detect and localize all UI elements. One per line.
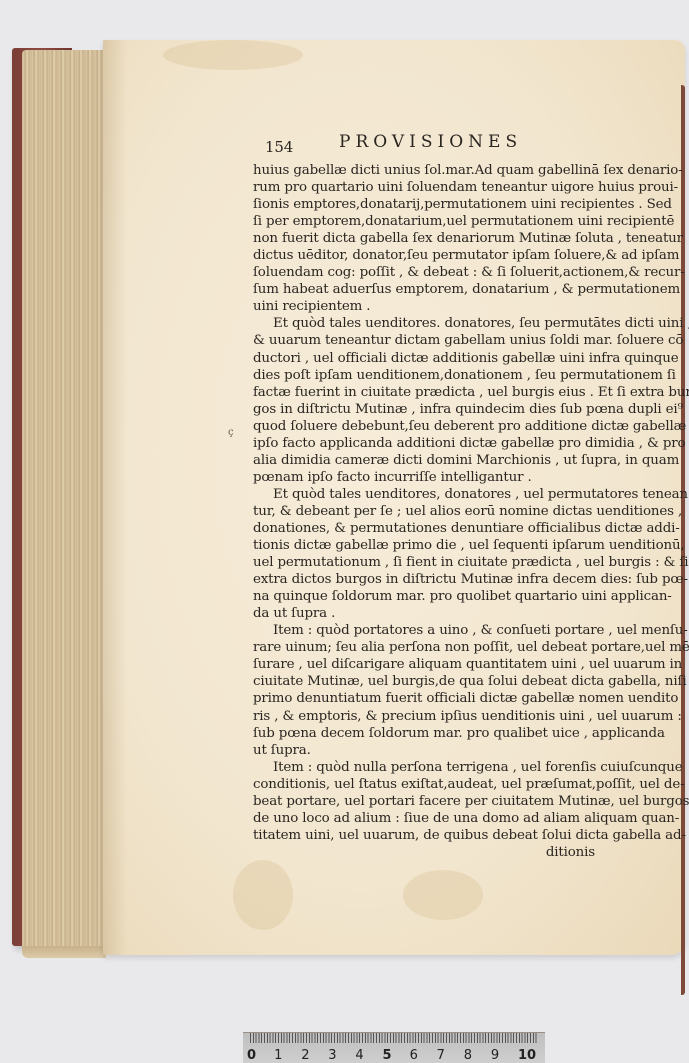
- text-line: ſionis emptores,donatarij,permutationem …: [253, 196, 665, 213]
- text-lines: huius gabellæ dicti unius ſol.mar.Ad qua…: [253, 162, 665, 861]
- text-line: ſub pœna decem ſoldorum mar. pro qualibe…: [253, 725, 665, 742]
- ruler-label: 5: [382, 1048, 409, 1063]
- paper-stain: [233, 860, 293, 930]
- margin-mark: ç: [228, 427, 234, 438]
- text-line: ciuitate Mutinæ, uel burgis,de qua ſolui…: [253, 673, 665, 690]
- text-line: Item : quòd portatores a uino , & conſue…: [253, 622, 665, 639]
- text-line: beat portare, uel portari facere per ciu…: [253, 793, 665, 810]
- text-line: extra dictos burgos in diſtrictu Mutinæ …: [253, 571, 665, 588]
- ruler-label: 8: [464, 1048, 491, 1063]
- text-line: & uuarum teneantur dictam gabellam unius…: [253, 332, 665, 349]
- text-line: rum pro quartario uini ſoluendam teneant…: [253, 179, 665, 196]
- ruler-label: 9: [491, 1048, 518, 1063]
- book-photo: ç 154 PROVISIONES huius gabellæ dicti un…: [0, 0, 689, 1063]
- text-line: ſi per emptorem,donatarium,uel permutati…: [253, 213, 665, 230]
- page-fore-edge: [22, 50, 106, 950]
- text-line: factæ fuerint in ciuitate prædicta , uel…: [253, 384, 665, 401]
- text-line: ipſo facto applicanda additioni dictæ ga…: [253, 435, 665, 452]
- text-line: conditionis, uel ſtatus exiſtat,audeat, …: [253, 776, 665, 793]
- text-line: na quinque ſoldorum mar. pro quolibet qu…: [253, 588, 665, 605]
- ruler-label: 4: [355, 1048, 382, 1063]
- text-line: primo denuntiatum fuerit officiali dictæ…: [253, 690, 665, 707]
- text-line: dictus uēditor, donator,ſeu permutator i…: [253, 247, 665, 264]
- text-line: da ut ſupra .: [253, 605, 665, 622]
- text-line: de uno loco ad alium : ſiue de una domo …: [253, 810, 665, 827]
- text-line: titatem uini, uel uuarum, de quibus debe…: [253, 827, 665, 844]
- ruler-label: 0: [247, 1048, 274, 1063]
- text-line: donationes, & permutationes denuntiare o…: [253, 520, 665, 537]
- page-text: 154 PROVISIONES huius gabellæ dicti uniu…: [253, 134, 665, 861]
- text-line: alia dimidia cameræ dicti domini Marchio…: [253, 452, 665, 469]
- text-line: tionis dictæ gabellæ primo die , uel ſeq…: [253, 537, 665, 554]
- ruler-labels: 012345678910: [247, 1048, 545, 1063]
- text-line: ductori , uel officiali dictæ additionis…: [253, 350, 665, 367]
- text-line: huius gabellæ dicti unius ſol.mar.Ad qua…: [253, 162, 665, 179]
- text-line: ſoluendam cog: poſſit , & debeat : & ſi …: [253, 264, 665, 281]
- ruler-label: 6: [410, 1048, 437, 1063]
- text-line: non fuerit dicta gabella ſex denariorum …: [253, 230, 665, 247]
- text-line: tur, & debeant per ſe ; uel alios eorū n…: [253, 503, 665, 520]
- ruler-label: 2: [301, 1048, 328, 1063]
- text-line: ſurare , uel diſcarigare aliquam quantit…: [253, 656, 665, 673]
- text-line: ditionis: [253, 844, 665, 861]
- text-line: Et quòd tales uenditores, donatores , ue…: [253, 486, 665, 503]
- text-line: rare uinum; ſeu alia perſona non poſſit,…: [253, 639, 665, 656]
- text-line: pœnam ipſo facto incurriſſe intelligantu…: [253, 469, 665, 486]
- text-line: dies poſt ipſam uenditionem,donationem ,…: [253, 367, 665, 384]
- page-header: 154 PROVISIONES: [253, 134, 665, 162]
- text-line: quod ſoluere debebunt,ſeu deberent pro a…: [253, 418, 665, 435]
- ruler-ticks: [250, 1033, 538, 1043]
- ruler-label: 10: [518, 1048, 545, 1063]
- scale-ruler: 012345678910: [243, 1032, 545, 1063]
- paper-stain: [163, 40, 303, 70]
- paper-stain: [403, 870, 483, 920]
- text-line: ſum habeat aduerſus emptorem, donatarium…: [253, 281, 665, 298]
- page-number: 154: [265, 139, 293, 156]
- ruler-label: 1: [274, 1048, 301, 1063]
- text-line: Item : quòd nulla perſona terrigena , ue…: [253, 759, 665, 776]
- text-line: ris , & emptoris, & precium ipſius uendi…: [253, 708, 665, 725]
- ruler-label: 7: [437, 1048, 464, 1063]
- text-line: ut ſupra.: [253, 742, 665, 759]
- text-line: uini recipientem .: [253, 298, 665, 315]
- running-title: PROVISIONES: [339, 134, 522, 151]
- text-line: gos in diſtrictu Mutinæ , infra quindeci…: [253, 401, 665, 418]
- text-line: uel permutationum , ſi fient in ciuitate…: [253, 554, 665, 571]
- ruler-label: 3: [328, 1048, 355, 1063]
- text-line: Et quòd tales uenditores. donatores, ſeu…: [253, 315, 665, 332]
